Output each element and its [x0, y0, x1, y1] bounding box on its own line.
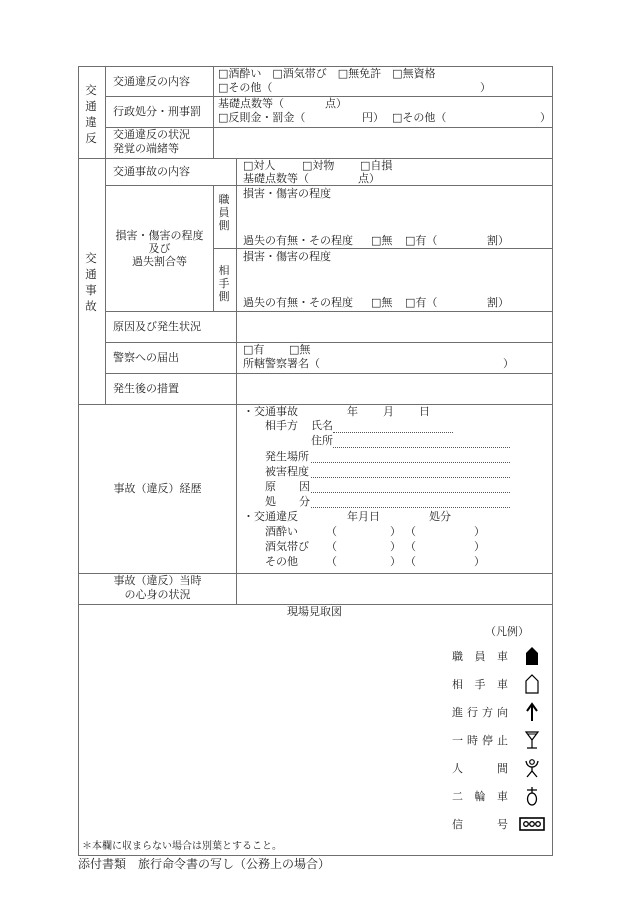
police-label: 警察への届出	[113, 351, 179, 365]
person-icon	[521, 757, 543, 779]
legend-staff-car: 職 員 車	[452, 645, 552, 667]
legend-person: 人 間	[452, 757, 552, 779]
paren: ）	[474, 555, 485, 569]
cause-history-field[interactable]	[311, 492, 510, 493]
divider	[78, 404, 553, 405]
legend-label: 職 員 車	[452, 648, 508, 664]
history-year: 年	[347, 405, 358, 419]
other-fault-none-checkbox[interactable]: □無	[371, 296, 392, 310]
attachments-note: 添付書類 旅行命令書の写し（公務上の場合）	[78, 857, 330, 871]
legend-label: 相 手 車	[452, 676, 508, 692]
legend-label: 信 号	[452, 816, 508, 832]
violation-status-label-1: 交通違反の状況	[113, 128, 190, 142]
fine-checkbox[interactable]: □反則金・罰金（	[218, 111, 305, 125]
paren: （	[405, 555, 416, 569]
char: 時	[467, 732, 478, 748]
other-damage-degree: 損害・傷害の程度	[243, 250, 331, 264]
violation-type-checkboxes[interactable]: □酒酔い □酒気帯び □無免許 □無資格	[218, 67, 436, 81]
sketch-note: ＊本欄に収まらない場合は別葉とすること。	[82, 840, 282, 854]
violation-section-title: 交 通 違 反	[84, 82, 98, 146]
divider	[213, 248, 553, 249]
paren: ）	[390, 555, 401, 569]
char: 信	[452, 816, 463, 832]
char: 車	[497, 676, 508, 692]
divider	[105, 185, 553, 186]
title-char: 違	[84, 114, 98, 130]
paren: （	[326, 555, 337, 569]
staff-fault-ratio-unit: 割）	[487, 234, 509, 248]
damage-field[interactable]	[311, 477, 510, 478]
char: 向	[497, 704, 508, 720]
penalty-label: 行政処分・刑事罰	[113, 105, 201, 119]
char: 間	[497, 760, 508, 776]
police-yes-checkbox[interactable]: □有	[243, 343, 264, 357]
paren: （	[405, 540, 416, 554]
title-char: 故	[84, 298, 98, 314]
history-disposal-label-a: 処	[265, 495, 276, 509]
history-name-label: 氏名	[311, 419, 333, 433]
paren: ）	[390, 540, 401, 554]
sketch-title: 現場見取図	[287, 605, 342, 619]
police-no-checkbox[interactable]: □無	[289, 343, 310, 357]
violation-status-label-2: 発覚の端緒等	[113, 142, 179, 156]
fine-unit: 円）	[362, 111, 384, 125]
staff-side-label: 職 員 側	[217, 193, 231, 232]
divider	[105, 342, 553, 343]
checkbox-self[interactable]: □自損	[360, 159, 392, 173]
disposal-history-field[interactable]	[311, 507, 510, 508]
char: 一	[452, 732, 463, 748]
char: 方	[482, 704, 493, 720]
history-item-dui: 酒気帯び	[265, 540, 309, 554]
paren: ）	[474, 525, 485, 539]
cause-label: 原因及び発生状況	[113, 320, 201, 334]
title-char: 通	[84, 98, 98, 114]
violation-other-close: ）	[480, 81, 491, 95]
cause-field[interactable]	[237, 312, 552, 342]
char: 車	[497, 648, 508, 664]
paren: （	[326, 540, 337, 554]
accident-section-title: 交 通 事 故	[84, 250, 98, 314]
damage-label-1: 損害・傷害の程度	[106, 229, 213, 243]
history-disposal-col: 処分	[429, 510, 451, 524]
label-char: 相	[217, 264, 231, 277]
char: 相	[452, 676, 463, 692]
mental-label-1: 事故（違反）当時	[79, 574, 236, 588]
checkbox-property[interactable]: □対物	[302, 159, 334, 173]
history-damage-label: 被害程度	[265, 465, 309, 479]
label-char: 側	[217, 219, 231, 232]
legend-title: （凡例）	[485, 625, 529, 639]
history-label: 事故（違反）経歴	[79, 482, 236, 496]
history-party-label: 相手方	[265, 419, 298, 433]
address-field[interactable]	[333, 447, 510, 448]
checkbox-person[interactable]: □対人	[243, 159, 275, 173]
label-char: 職	[217, 193, 231, 206]
char: 二	[452, 788, 463, 804]
base-points-unit: 点）	[325, 97, 347, 111]
after-measures-field[interactable]	[237, 374, 552, 404]
paren: （	[405, 525, 416, 539]
label-char: 側	[217, 290, 231, 303]
title-char: 事	[84, 282, 98, 298]
char: 輪	[475, 788, 486, 804]
history-date-col: 年月日	[347, 510, 380, 524]
char: 車	[497, 788, 508, 804]
other-fault-ratio-unit: 割）	[487, 296, 509, 310]
place-field[interactable]	[311, 462, 510, 463]
history-day: 日	[419, 405, 430, 419]
legend-direction: 進 行 方 向	[452, 701, 552, 723]
other-fault-label: 過失の有無・その程度	[243, 296, 353, 310]
char: 人	[452, 760, 463, 776]
label-char: 手	[217, 277, 231, 290]
other-fault-yes-checkbox[interactable]: □有（	[405, 296, 437, 310]
accident-points-unit: 点）	[358, 172, 380, 186]
damage-label-3: 過失割合等	[106, 255, 213, 269]
sketch-area[interactable]	[79, 620, 439, 835]
legend-label: 二 輪 車	[452, 788, 508, 804]
history-item-other: その他	[265, 555, 298, 569]
name-field[interactable]	[333, 432, 453, 433]
arrow-up-icon	[521, 701, 543, 723]
violation-content-label: 交通違反の内容	[113, 75, 190, 89]
char: 止	[497, 732, 508, 748]
paren: （	[326, 525, 337, 539]
damage-label-2: 及び	[106, 242, 213, 256]
staff-fault-label: 過失の有無・その程度	[243, 234, 353, 248]
police-station-close: ）	[503, 357, 514, 371]
char: 進	[452, 704, 463, 720]
legend-signal: 信 号	[452, 813, 552, 835]
paren: ）	[474, 540, 485, 554]
history-place-label: 発生場所	[265, 450, 309, 464]
legend-stop: 一 時 停 止	[452, 729, 552, 751]
legend-other-car: 相 手 車	[452, 673, 552, 695]
accident-points-label: 基礎点数等（	[243, 172, 309, 186]
legend-motorcycle: 二 輪 車	[452, 785, 552, 807]
title-char: 交	[84, 82, 98, 98]
staff-fault-none-checkbox[interactable]: □無	[371, 234, 392, 248]
outline-car-icon	[521, 673, 543, 695]
penalty-other-close: ）	[540, 111, 551, 125]
title-char: 通	[84, 266, 98, 282]
filled-car-icon	[521, 645, 543, 667]
violation-status-field[interactable]	[214, 128, 552, 158]
label-char: 員	[217, 206, 231, 219]
traffic-signal-icon	[519, 813, 545, 835]
history-disposal-label-b: 分	[299, 495, 310, 509]
accident-content-label: 交通事故の内容	[113, 165, 190, 179]
legend-label: 進 行 方 向	[452, 704, 508, 720]
legend-label: 人 間	[452, 760, 508, 776]
mental-state-field[interactable]	[237, 574, 552, 604]
char: 手	[475, 676, 486, 692]
other-side-label: 相 手 側	[217, 264, 231, 303]
history-accident-head: ・交通事故	[243, 405, 298, 419]
staff-damage-degree: 損害・傷害の程度	[243, 187, 331, 201]
stop-sign-icon	[521, 729, 543, 751]
char: 号	[497, 816, 508, 832]
after-measures-label: 発生後の措置	[113, 382, 179, 396]
char: 停	[482, 732, 493, 748]
char: 職	[452, 648, 463, 664]
motorcycle-icon	[521, 785, 543, 807]
violation-other-open[interactable]: □その他（	[218, 81, 272, 95]
history-violation-head: ・交通違反	[243, 510, 298, 524]
staff-fault-yes-checkbox[interactable]: □有（	[405, 234, 437, 248]
char: 員	[475, 648, 486, 664]
base-points-label: 基礎点数等（	[218, 97, 284, 111]
history-item-drunk: 酒酔い	[265, 525, 298, 539]
history-address-label: 住所	[311, 434, 333, 448]
history-cause-label-b: 因	[299, 480, 310, 494]
history-cause-label-a: 原	[265, 480, 276, 494]
char: 行	[467, 704, 478, 720]
title-char: 交	[84, 250, 98, 266]
title-char: 反	[84, 130, 98, 146]
mental-label-2: の心身の状況	[79, 588, 236, 602]
table-border-bottom	[78, 855, 553, 856]
paren: ）	[390, 525, 401, 539]
legend-label: 一 時 停 止	[452, 732, 508, 748]
penalty-other-checkbox[interactable]: □その他（	[392, 111, 446, 125]
police-station-label: 所轄警察署名（	[243, 357, 320, 371]
history-month: 月	[383, 405, 394, 419]
